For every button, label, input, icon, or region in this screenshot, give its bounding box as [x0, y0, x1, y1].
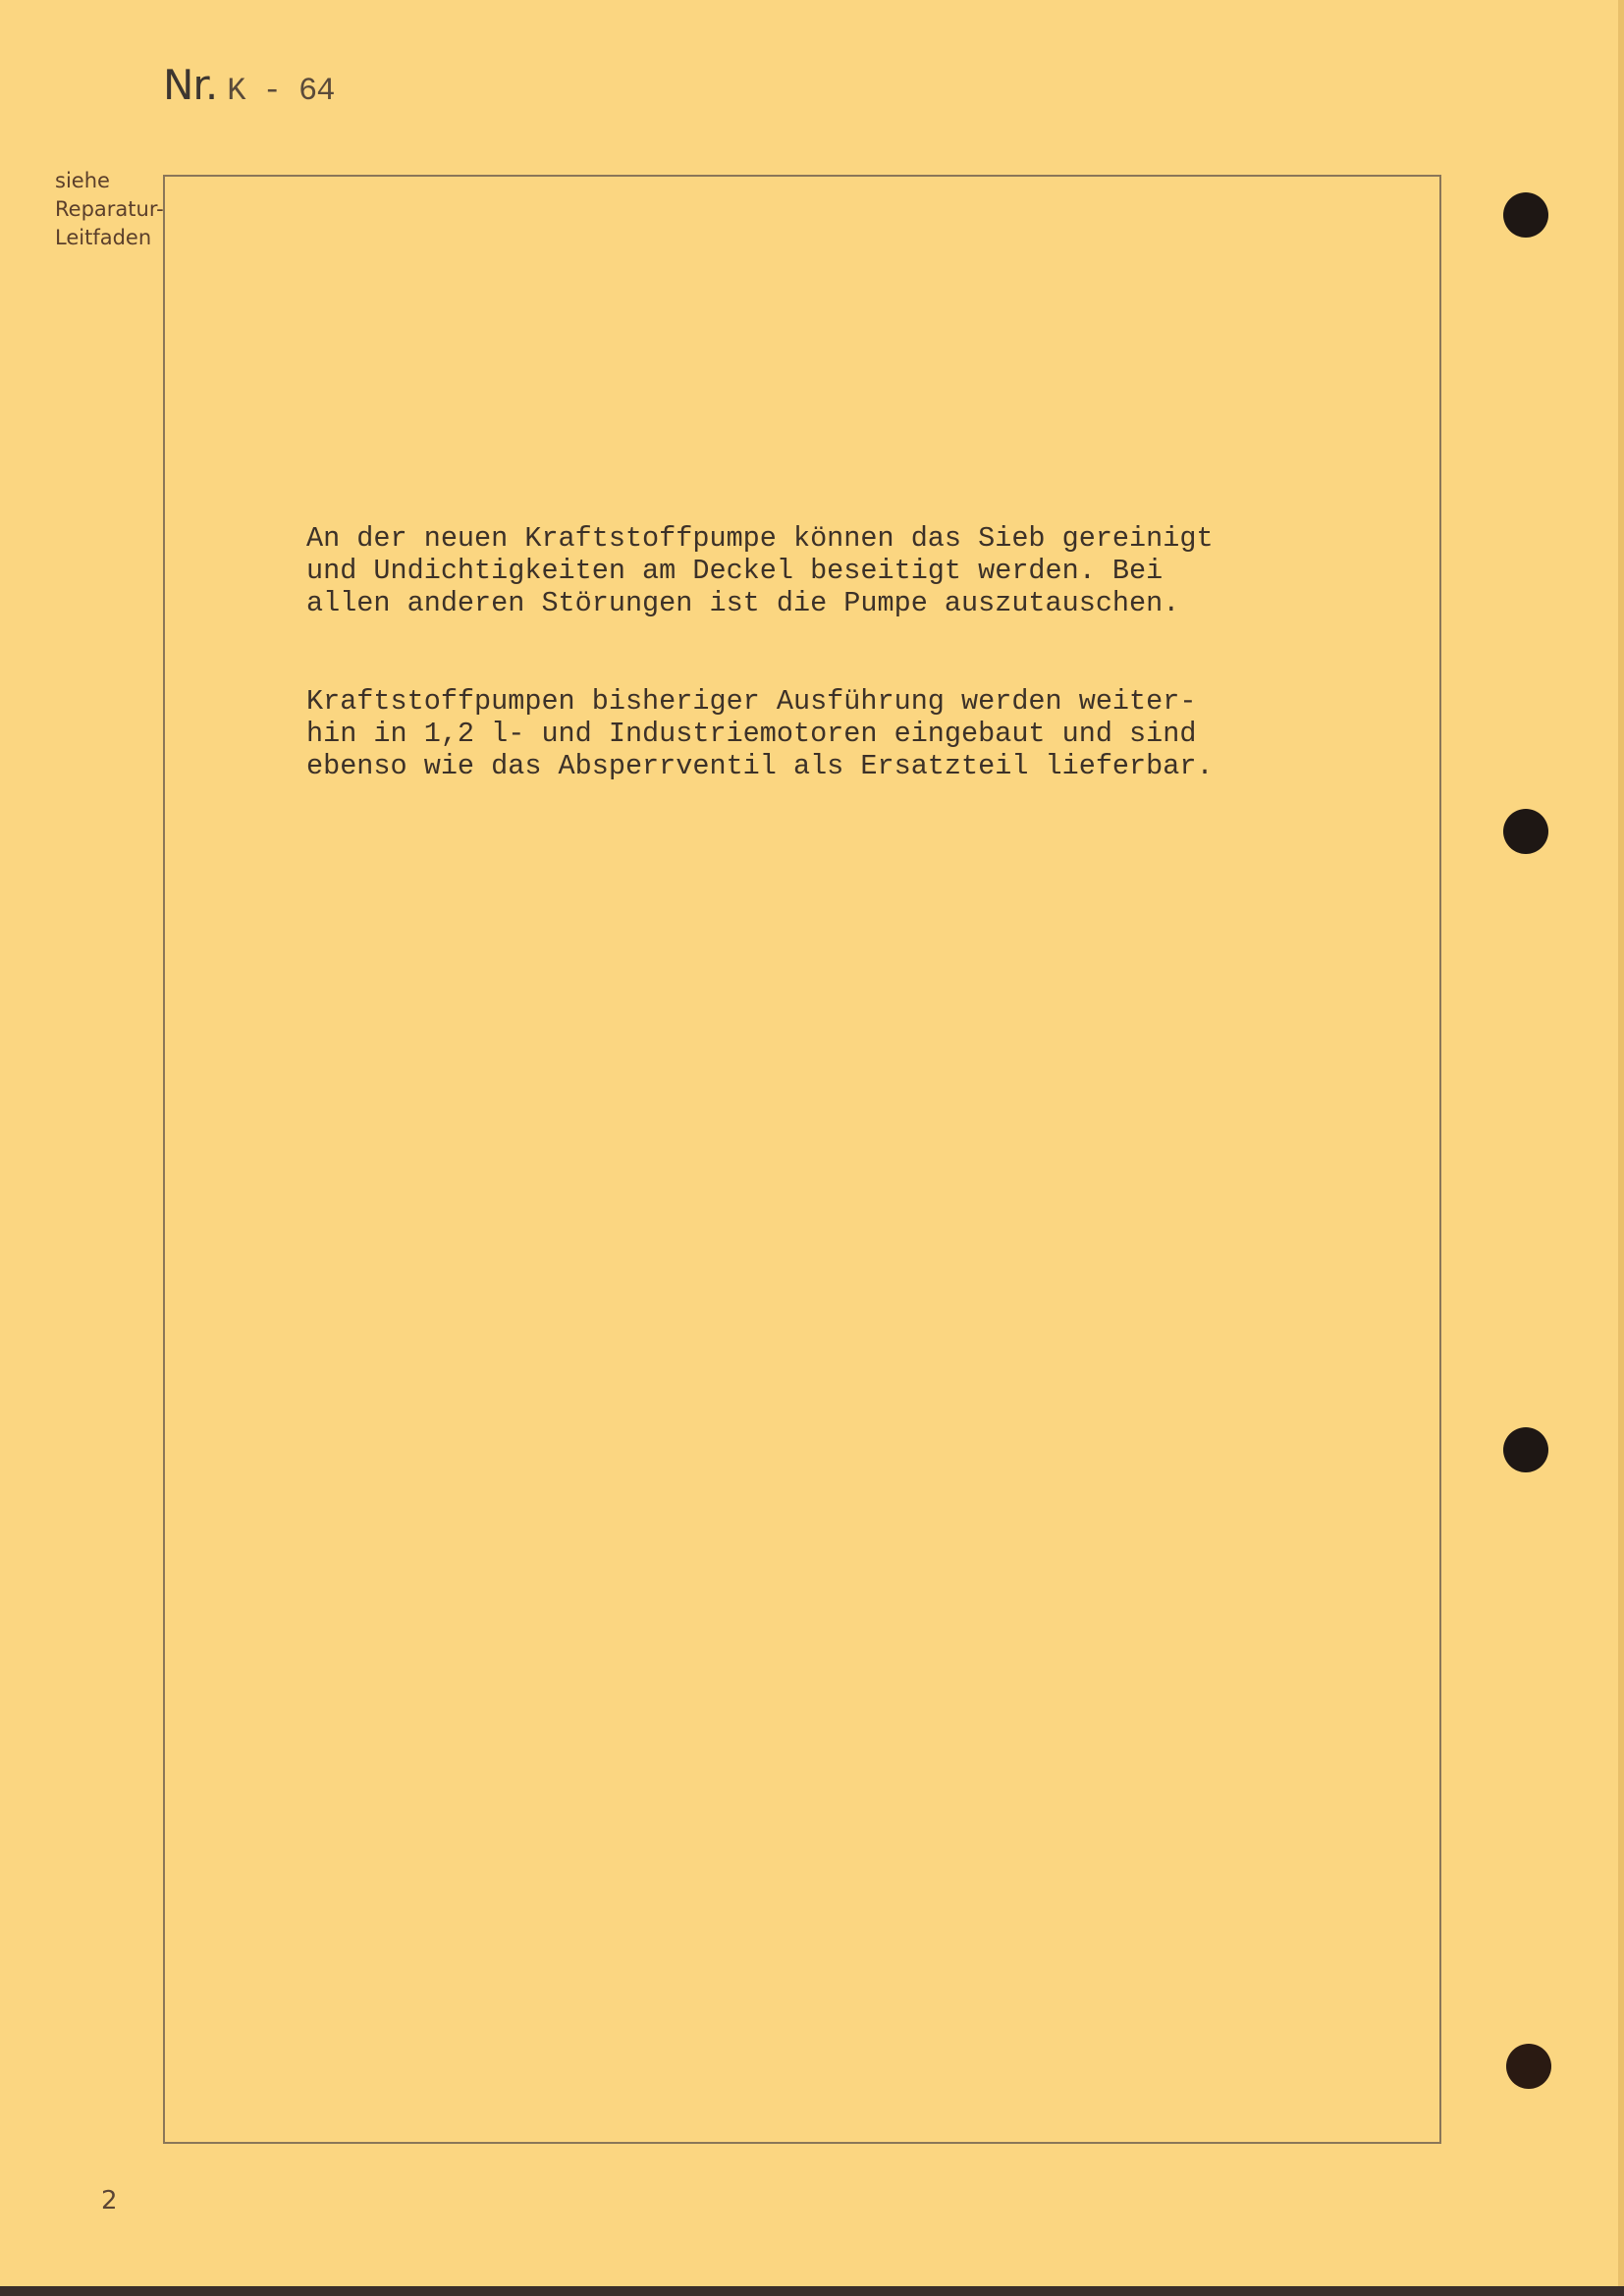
paper-edge	[1618, 0, 1624, 2296]
punch-hole-icon	[1506, 2044, 1551, 2089]
punch-hole-icon	[1503, 809, 1548, 854]
margin-note-line: siehe	[55, 167, 164, 195]
paragraph-line: ebenso wie das Absperrventil als Ersatzt…	[306, 750, 1214, 782]
margin-note-line: Leitfaden	[55, 224, 164, 252]
paragraph-line: hin in 1,2 l- und Industriemotoren einge…	[306, 718, 1214, 750]
paragraph-line: Kraftstoffpumpen bisheriger Ausführung w…	[306, 685, 1214, 718]
paragraph-line: und Undichtigkeiten am Deckel beseitigt …	[306, 555, 1214, 587]
content-frame	[163, 175, 1441, 2144]
document-number-value: K - 64	[227, 73, 334, 109]
paragraph-line: allen anderen Störungen ist die Pumpe au…	[306, 587, 1214, 619]
punch-hole-icon	[1503, 1427, 1548, 1472]
document-number: Nr.K - 64	[163, 61, 334, 109]
paragraph-1: An der neuen Kraftstoffpumpe können das …	[306, 522, 1214, 619]
page-number: 2	[101, 2186, 118, 2216]
paragraph-line: An der neuen Kraftstoffpumpe können das …	[306, 522, 1214, 555]
paragraph-2: Kraftstoffpumpen bisheriger Ausführung w…	[306, 685, 1214, 782]
margin-note: siehe Reparatur- Leitfaden	[55, 167, 164, 252]
document-number-label: Nr.	[163, 61, 217, 109]
punch-hole-icon	[1503, 192, 1548, 238]
scan-bottom-edge	[0, 2286, 1624, 2296]
margin-note-line: Reparatur-	[55, 195, 164, 224]
